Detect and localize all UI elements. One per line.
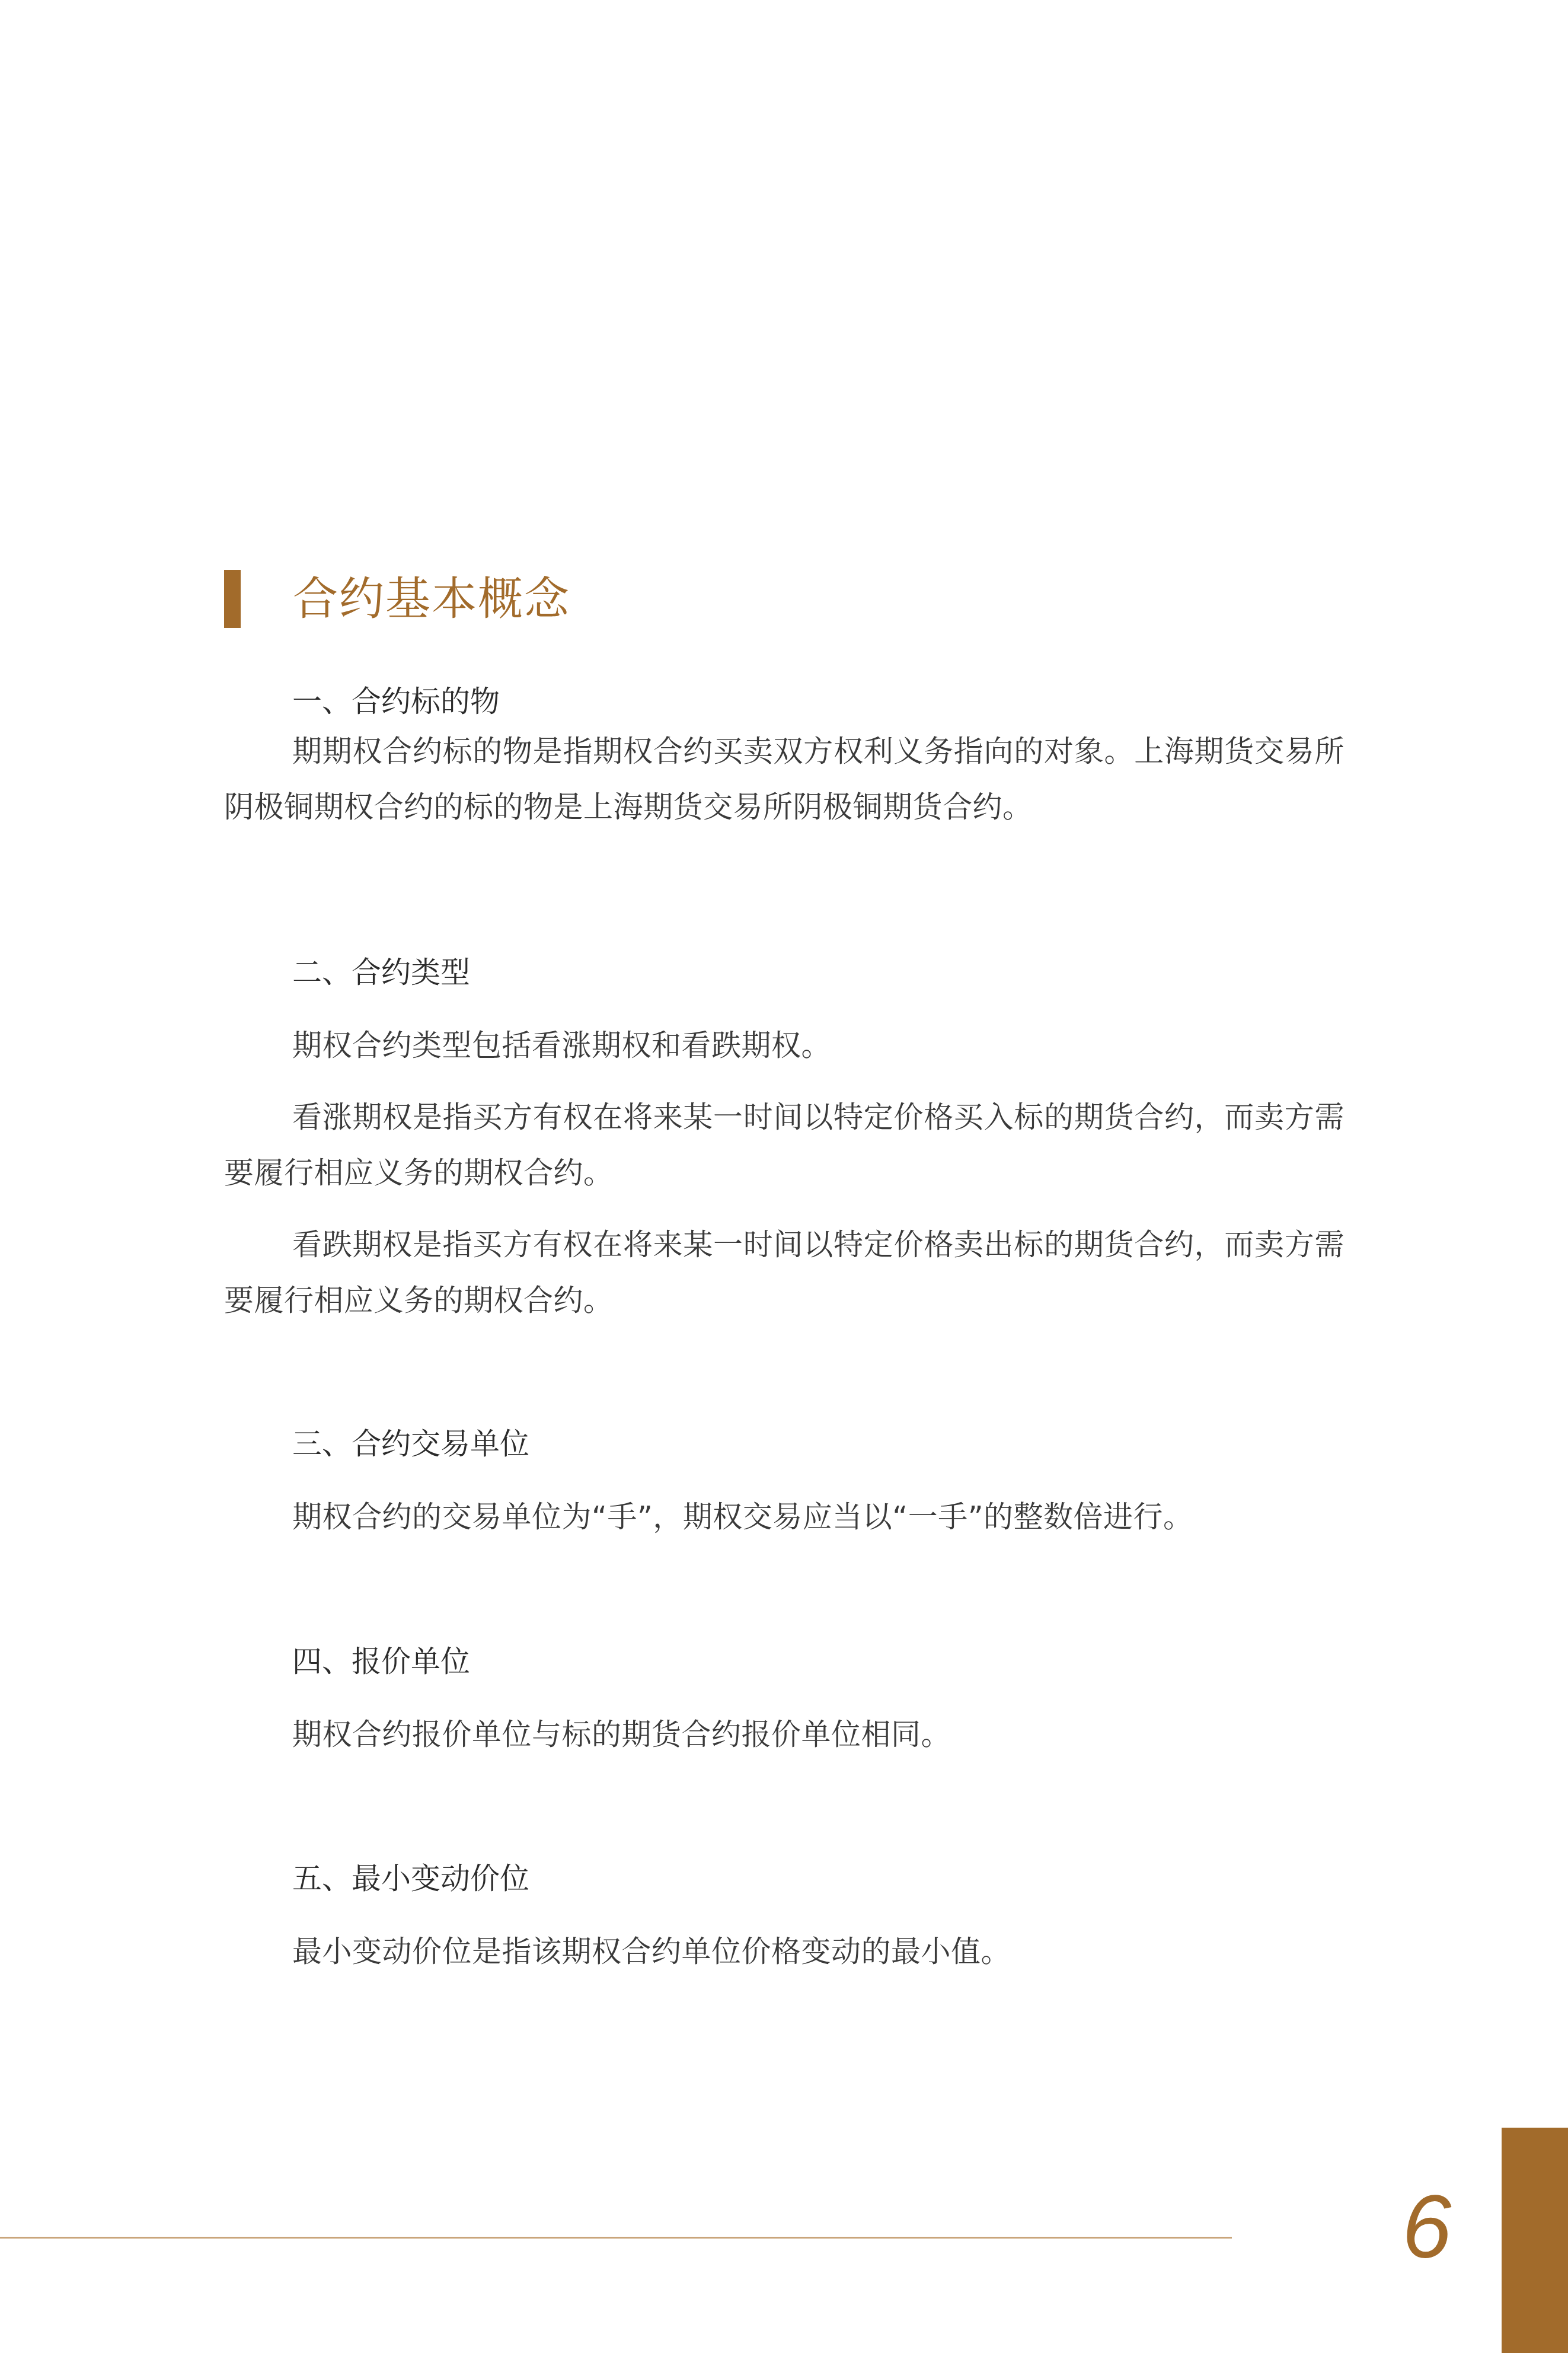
footer-divider [0,2237,1232,2239]
heading-contract-type: 二、合约类型 [292,958,470,987]
section-title: 合约基本概念 [293,576,570,621]
paragraph-quote-unit: 期权合约报价单位与标的期货合约报价单位相同。 [224,1707,1345,1762]
page-number: 6 [1402,2182,1451,2271]
paragraph-put-option: 看跌期权是指买方有权在将来某一时间以特定价格卖出标的期货合约，而卖方需要履行相应… [224,1217,1345,1328]
page-edge-tab [1502,2128,1568,2353]
paragraph-call-option: 看涨期权是指买方有权在将来某一时间以特定价格买入标的期货合约，而卖方需要履行相应… [224,1089,1345,1201]
paragraph-min-tick: 最小变动价位是指该期权合约单位价格变动的最小值。 [224,1924,1345,1979]
paragraph-underlying: 期期权合约标的物是指期权合约买卖双方权利义务指向的对象。上海期货交易所阴极铜期权… [224,723,1345,835]
section-header: 合约基本概念 [224,569,570,629]
paragraph-contract-type-intro: 期权合约类型包括看涨期权和看跌期权。 [224,1018,1345,1073]
heading-contract-underlying: 一、合约标的物 [292,687,500,716]
heading-trading-unit: 三、合约交易单位 [292,1429,529,1459]
heading-quote-unit: 四、报价单位 [292,1647,470,1676]
heading-min-tick: 五、最小变动价位 [292,1864,529,1893]
paragraph-trading-unit: 期权合约的交易单位为“手”，期权交易应当以“一手”的整数倍进行。 [224,1489,1345,1545]
section-accent-bar [224,570,241,628]
